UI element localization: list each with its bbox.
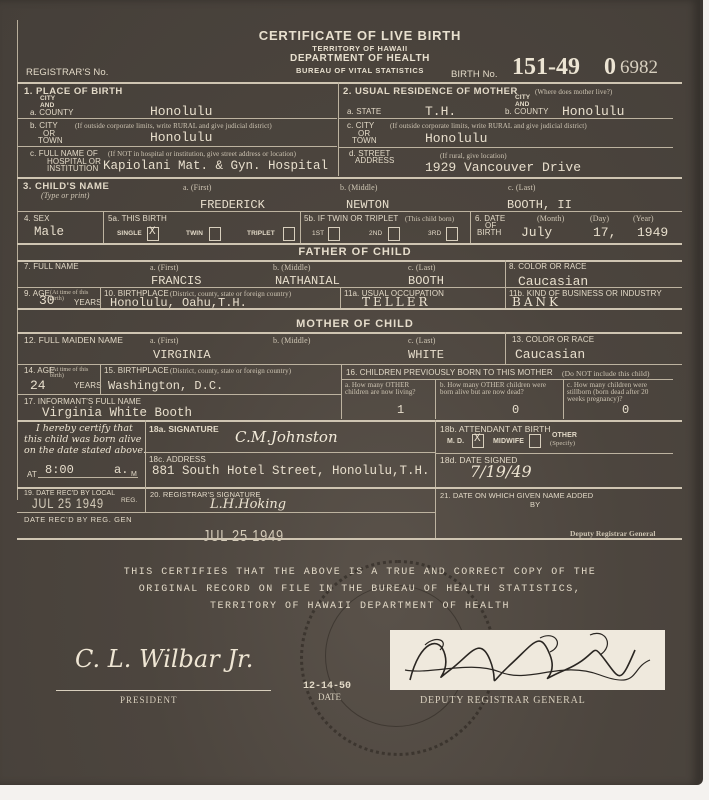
mother-section-title: MOTHER OF CHILD bbox=[20, 318, 690, 330]
certified-copy-line-2: ORIGINAL RECORD ON FILE IN THE BUREAU OF… bbox=[60, 581, 660, 598]
this-birth-label: 5a. THIS BIRTH bbox=[108, 214, 167, 223]
local-reg-label: REG. bbox=[121, 497, 137, 504]
place-city-value: Honolulu bbox=[150, 130, 212, 145]
mother-years-label: YEARS bbox=[74, 381, 102, 390]
registrar-number-label: REGISTRAR'S No. bbox=[26, 67, 109, 78]
deputy-registrar-label: Deputy Registrar General bbox=[570, 529, 656, 538]
dob-year: 1949 bbox=[637, 225, 668, 240]
father-occupation-value: TELLER bbox=[362, 295, 431, 309]
dob-month-label: (Month) bbox=[537, 214, 564, 223]
row-divider bbox=[341, 379, 673, 380]
father-first-label: a. (First) bbox=[150, 263, 179, 272]
department-heading: DEPARTMENT OF HEALTH bbox=[240, 53, 480, 64]
children-previously-note: (Do NOT include this child) bbox=[562, 369, 650, 378]
father-age-value: 30 bbox=[39, 293, 55, 308]
first-born-checkbox[interactable] bbox=[328, 227, 340, 241]
column-divider bbox=[341, 364, 342, 419]
street-note: (If rural, give location) bbox=[440, 152, 507, 160]
section-divider bbox=[17, 177, 682, 179]
other-specify-note: (Specify) bbox=[550, 440, 575, 447]
time-at-label: AT bbox=[27, 470, 37, 479]
row-divider bbox=[338, 147, 673, 148]
informant-label: 17. INFORMANT'S FULL NAME bbox=[24, 397, 141, 406]
row-divider bbox=[435, 453, 673, 454]
dob-year-label: (Year) bbox=[633, 214, 654, 223]
row-divider bbox=[145, 452, 435, 453]
deputy-signature-scribble bbox=[390, 630, 665, 690]
father-last-name: BOOTH bbox=[408, 274, 444, 288]
column-divider bbox=[100, 287, 101, 308]
dob-day: 17, bbox=[593, 225, 616, 240]
address-label: 18c. ADDRESS bbox=[149, 455, 206, 464]
birth-m-label: M bbox=[131, 471, 137, 478]
form-bottom-border bbox=[17, 538, 682, 540]
single-check-mark: X bbox=[149, 226, 156, 238]
sex-value: Male bbox=[34, 225, 64, 239]
mother-age-note: (At time of this birth) bbox=[50, 367, 95, 379]
certify-text-2: this child was born alive bbox=[24, 434, 141, 445]
column-divider bbox=[435, 420, 436, 538]
deputy-signature-box bbox=[390, 630, 665, 690]
father-middle-name: NATHANIAL bbox=[275, 274, 340, 288]
place-city-note: (If outside corporate limits, write RURA… bbox=[75, 122, 272, 130]
mother-last-name: WHITE bbox=[408, 348, 444, 362]
deputy-registrar-general-label: DEPUTY REGISTRAR GENERAL bbox=[420, 695, 586, 706]
mother-name-label: 12. FULL MAIDEN NAME bbox=[24, 335, 123, 345]
children-previously-label: 16. CHILDREN PREVIOUSLY BORN TO THIS MOT… bbox=[346, 368, 553, 377]
president-label: PRESIDENT bbox=[120, 695, 178, 705]
single-label: SINGLE bbox=[117, 230, 142, 237]
residence-city-town: TOWN bbox=[352, 136, 377, 145]
certificate-paper: CERTIFICATE OF LIVE BIRTH TERRITORY OF H… bbox=[0, 0, 703, 785]
birth-number-suffix: 0 bbox=[604, 54, 616, 81]
sex-label: 4. SEX bbox=[24, 214, 50, 223]
mother-residence-note: (Where does mother live?) bbox=[535, 88, 612, 96]
president-signature: C. L. Wilbar Jr. bbox=[75, 645, 253, 673]
child-last-name: BOOTH, II bbox=[507, 198, 572, 212]
column-divider bbox=[340, 287, 341, 308]
stillborn-label: c. How many children were stillborn (bor… bbox=[567, 382, 667, 403]
mother-race-label: 13. COLOR OR RACE bbox=[512, 335, 594, 344]
child-name-note: (Type or print) bbox=[41, 191, 89, 200]
column-divider bbox=[103, 211, 104, 243]
informant-value: Virginia White Booth bbox=[42, 406, 192, 420]
local-received-date: JUL 25 1949 bbox=[32, 495, 104, 511]
birth-time: 8:00 bbox=[45, 463, 74, 477]
issue-date: 12-14-50 bbox=[303, 681, 351, 692]
md-label: M. D. bbox=[447, 438, 464, 445]
hospital-label-3: INSTITUTION bbox=[47, 164, 98, 173]
child-last-label: c. (Last) bbox=[508, 183, 536, 192]
single-checkbox[interactable]: X bbox=[147, 227, 159, 241]
column-divider bbox=[338, 82, 339, 176]
third-born-label: 3RD bbox=[428, 230, 441, 237]
given-name-added-label: 21. DATE ON WHICH GIVEN NAME ADDED bbox=[440, 491, 593, 500]
father-name-label: 7. FULL NAME bbox=[24, 262, 79, 271]
state-value: T.H. bbox=[425, 104, 456, 119]
state-label: a. STATE bbox=[347, 107, 381, 116]
certify-text-1: I hereby certify that bbox=[36, 423, 133, 434]
child-first-label: a. (First) bbox=[183, 183, 212, 192]
date-signed-value: 7/19/49 bbox=[470, 462, 532, 481]
dob-month: July bbox=[521, 225, 552, 240]
place-city-town: TOWN bbox=[38, 136, 63, 145]
triplet-label: TRIPLET bbox=[247, 230, 275, 237]
given-name-by-label: BY bbox=[530, 500, 540, 509]
father-section-title: FATHER OF CHILD bbox=[20, 246, 690, 258]
twin-checkbox[interactable] bbox=[209, 227, 221, 241]
certify-text-3: on the date stated above. bbox=[24, 445, 146, 456]
certificate-title: CERTIFICATE OF LIVE BIRTH bbox=[240, 28, 480, 43]
second-born-label: 2ND bbox=[369, 230, 382, 237]
header-divider bbox=[17, 82, 682, 84]
column-divider bbox=[470, 211, 471, 243]
section-divider bbox=[17, 332, 682, 334]
president-signature-line bbox=[56, 690, 271, 691]
third-born-checkbox[interactable] bbox=[446, 227, 458, 241]
twin-triplet-note: (This child born) bbox=[405, 215, 454, 223]
row-divider bbox=[17, 118, 337, 119]
mother-last-label: c. (Last) bbox=[408, 336, 436, 345]
first-born-label: 1ST bbox=[312, 230, 324, 237]
twin-triplet-label: 5b. IF TWIN OR TRIPLET bbox=[304, 214, 398, 223]
hospital-value: Kapiolani Mat. & Gyn. Hospital bbox=[103, 159, 328, 173]
column-divider bbox=[435, 379, 436, 419]
residence-county-value: Honolulu bbox=[562, 104, 624, 119]
father-last-label: c. (Last) bbox=[408, 263, 436, 272]
row-divider bbox=[17, 394, 341, 395]
hospital-note: (If NOT in hospital or institution, give… bbox=[108, 150, 296, 158]
column-divider bbox=[100, 364, 101, 394]
md-checkbox[interactable]: X bbox=[472, 434, 484, 448]
section-divider bbox=[17, 420, 682, 422]
row-divider bbox=[17, 512, 435, 513]
dob-birth: BIRTH bbox=[477, 228, 501, 237]
mother-first-name: VIRGINIA bbox=[153, 348, 211, 362]
child-middle-label: b. (Middle) bbox=[340, 183, 378, 192]
physician-signature: C.M.Johnston bbox=[235, 428, 338, 446]
registrar-signature: L.H.Hoking bbox=[210, 497, 286, 512]
certified-copy-line-1: THIS CERTIFIES THAT THE ABOVE IS A TRUE … bbox=[60, 564, 660, 581]
father-middle-label: b. (Middle) bbox=[273, 263, 311, 272]
certified-copy-line-3: TERRITORY OF HAWAII DEPARTMENT OF HEALTH bbox=[60, 598, 660, 615]
street-label-2: ADDRESS bbox=[355, 156, 394, 165]
place-of-birth-label: 1. PLACE OF BIRTH bbox=[24, 86, 123, 97]
row-divider bbox=[17, 364, 682, 365]
stillborn-value: 0 bbox=[622, 403, 629, 417]
section-divider bbox=[17, 487, 682, 489]
birth-ampm: a. bbox=[114, 463, 128, 477]
living-children-value: 1 bbox=[397, 403, 404, 417]
md-check-mark: X bbox=[474, 433, 481, 445]
column-divider bbox=[145, 487, 146, 512]
column-divider bbox=[563, 379, 564, 419]
mother-first-label: a. (First) bbox=[150, 336, 179, 345]
mother-birthplace-label: 15. BIRTHPLACE bbox=[104, 366, 169, 375]
time-underline bbox=[38, 477, 138, 478]
territory-heading: TERRITORY OF HAWAII bbox=[240, 44, 480, 53]
birth-number-value: 151-49 bbox=[512, 54, 580, 81]
residence-city-note: (If outside corporate limits, write RURA… bbox=[390, 122, 587, 130]
dead-children-value: 0 bbox=[512, 403, 519, 417]
place-county-city: CITY bbox=[40, 95, 55, 102]
mother-birthplace-value: Washington, D.C. bbox=[108, 379, 223, 393]
place-county-label: a. COUNTY bbox=[30, 108, 74, 117]
signature-label: 18a. SIGNATURE bbox=[149, 424, 219, 434]
dead-children-label: b. How many OTHER children were born ali… bbox=[440, 382, 560, 396]
section-divider bbox=[17, 308, 682, 310]
attendant-label: 18b. ATTENDANT AT BIRTH bbox=[440, 424, 551, 434]
child-first-name: FREDERICK bbox=[200, 198, 265, 212]
reg-gen-received-label: DATE REC'D BY REG. GEN bbox=[24, 515, 132, 524]
mother-middle-label: b. (Middle) bbox=[273, 336, 311, 345]
midwife-checkbox[interactable] bbox=[529, 434, 541, 448]
triplet-checkbox[interactable] bbox=[283, 227, 295, 241]
row-divider bbox=[338, 118, 673, 119]
dob-day-label: (Day) bbox=[590, 214, 609, 223]
father-years-label: YEARS bbox=[74, 298, 102, 307]
bureau-heading: BUREAU OF VITAL STATISTICS bbox=[240, 66, 480, 75]
section-divider bbox=[17, 243, 682, 245]
column-divider bbox=[505, 332, 506, 364]
mother-birthplace-note: (District, county, state or foreign coun… bbox=[170, 367, 291, 375]
reg-gen-received-date: JUL 25 1949 bbox=[203, 528, 284, 546]
column-divider bbox=[505, 260, 506, 308]
street-value: 1929 Vancouver Drive bbox=[425, 160, 581, 175]
row-divider bbox=[17, 211, 682, 212]
mother-age-value: 24 bbox=[30, 378, 46, 393]
mother-residence-label: 2. USUAL RESIDENCE OF MOTHER bbox=[343, 86, 518, 97]
second-born-checkbox[interactable] bbox=[388, 227, 400, 241]
other-label: OTHER bbox=[552, 432, 577, 439]
residence-county-city: CITY bbox=[515, 94, 530, 101]
father-industry-value: BANK bbox=[512, 295, 561, 309]
father-race-label: 8. COLOR OR RACE bbox=[509, 262, 587, 271]
child-middle-name: NEWTON bbox=[346, 198, 389, 212]
address-value: 881 South Hotel Street, Honolulu,T.H. bbox=[152, 464, 430, 478]
birth-number-label: BIRTH No. bbox=[451, 69, 498, 80]
birth-number-stamp: 6982 bbox=[620, 57, 658, 79]
residence-city-value: Honolulu bbox=[425, 131, 487, 146]
midwife-label: MIDWIFE bbox=[493, 438, 524, 445]
column-divider bbox=[300, 211, 301, 243]
living-children-label: a. How many OTHER children are now livin… bbox=[345, 382, 433, 396]
residence-county-label: b. COUNTY bbox=[505, 107, 549, 116]
mother-race-value: Caucasian bbox=[515, 347, 585, 362]
row-divider bbox=[17, 287, 682, 288]
father-first-name: FRANCIS bbox=[151, 274, 201, 288]
issue-date-label: DATE bbox=[318, 692, 341, 702]
twin-label: TWIN bbox=[186, 230, 203, 237]
row-divider bbox=[17, 146, 337, 147]
place-county-value: Honolulu bbox=[150, 104, 212, 119]
